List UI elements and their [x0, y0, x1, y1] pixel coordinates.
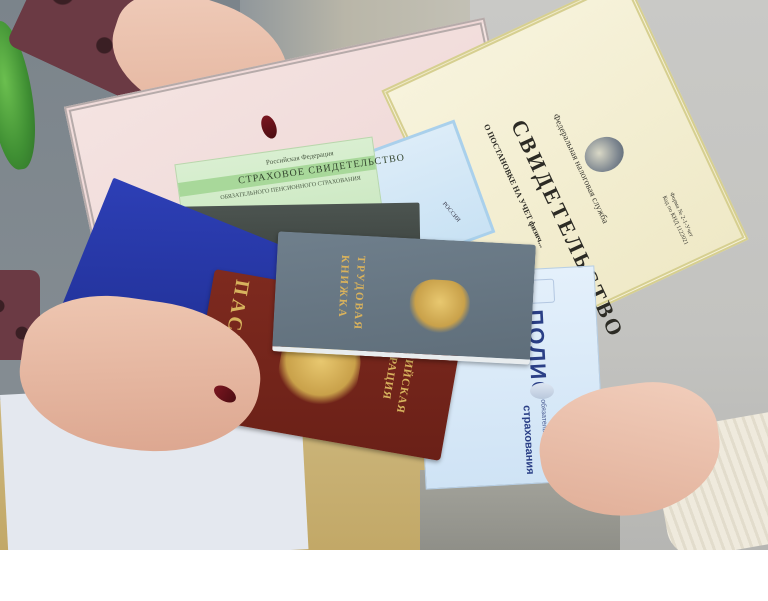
oms-line-2: страхования: [520, 405, 536, 475]
pale-blue-fingernail: [530, 383, 554, 399]
inn-form-number: Форма № 2-1-Учет Код по КНД 1122021: [660, 191, 697, 246]
double-headed-eagle-icon: [408, 278, 471, 336]
workbook-title: ТРУДОВАЯ КНИЖКА: [333, 254, 369, 331]
blue-form-text: РОССИЯ: [441, 201, 461, 223]
work-record-book: ТРУДОВАЯ КНИЖКА: [272, 231, 536, 364]
bottom-white-band: [0, 550, 768, 601]
photo-scene: —— ——— ———— —— ——— ——— ———— —— ——— —— ——…: [0, 0, 768, 550]
